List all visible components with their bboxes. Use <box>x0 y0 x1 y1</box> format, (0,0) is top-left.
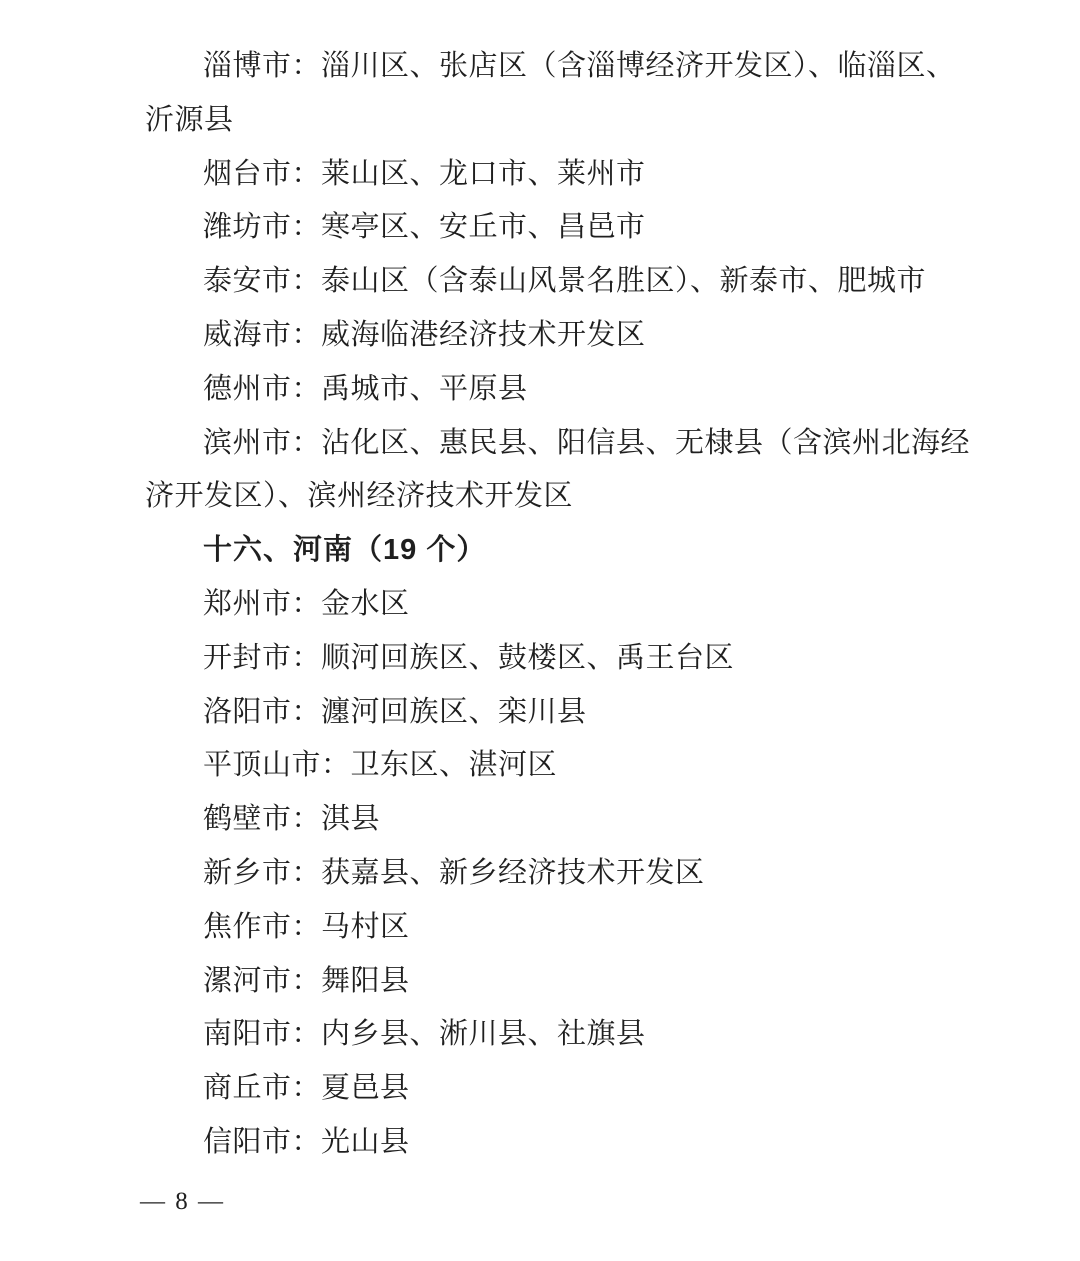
line-weihai-city: 威海市：威海临港经济技术开发区 <box>145 309 1055 363</box>
document-page: 淄博市：淄川区、张店区（含淄博经济开发区）、临淄区、 沂源县 烟台市：莱山区、龙… <box>0 0 1080 1261</box>
line-yantai-city: 烟台市：莱山区、龙口市、莱州市 <box>145 148 1055 202</box>
line-xinyang-city: 信阳市：光山县 <box>145 1116 1055 1170</box>
line-pingdingshan-city: 平顶山市：卫东区、湛河区 <box>145 739 1055 793</box>
line-binzhou-city: 滨州市：沾化区、惠民县、阳信县、无棣县（含滨州北海经 <box>145 417 1055 471</box>
line-shangqiu-city: 商丘市：夏邑县 <box>145 1062 1055 1116</box>
page-number: — 8 — <box>140 1186 225 1218</box>
line-dezhou-city: 德州市：禹城市、平原县 <box>145 363 1055 417</box>
line-binzhou-continuation: 济开发区）、滨州经济技术开发区 <box>145 470 1055 524</box>
line-zibo-continuation: 沂源县 <box>145 94 1055 148</box>
line-luohe-city: 漯河市：舞阳县 <box>145 955 1055 1009</box>
section-heading-henan: 十六、河南（19 个） <box>145 524 1055 578</box>
line-luoyang-city: 洛阳市：瀍河回族区、栾川县 <box>145 686 1055 740</box>
line-nanyang-city: 南阳市：内乡县、淅川县、社旗县 <box>145 1008 1055 1062</box>
line-kaifeng-city: 开封市：顺河回族区、鼓楼区、禹王台区 <box>145 632 1055 686</box>
document-body: 淄博市：淄川区、张店区（含淄博经济开发区）、临淄区、 沂源县 烟台市：莱山区、龙… <box>145 40 1055 1170</box>
line-zhengzhou-city: 郑州市：金水区 <box>145 578 1055 632</box>
line-weifang-city: 潍坊市：寒亭区、安丘市、昌邑市 <box>145 201 1055 255</box>
line-jiaozuo-city: 焦作市：马村区 <box>145 901 1055 955</box>
line-hebi-city: 鹤壁市：淇县 <box>145 793 1055 847</box>
line-zibo-city: 淄博市：淄川区、张店区（含淄博经济开发区）、临淄区、 <box>145 40 1055 94</box>
line-xinxiang-city: 新乡市：获嘉县、新乡经济技术开发区 <box>145 847 1055 901</box>
line-taian-city: 泰安市：泰山区（含泰山风景名胜区）、新泰市、肥城市 <box>145 255 1055 309</box>
